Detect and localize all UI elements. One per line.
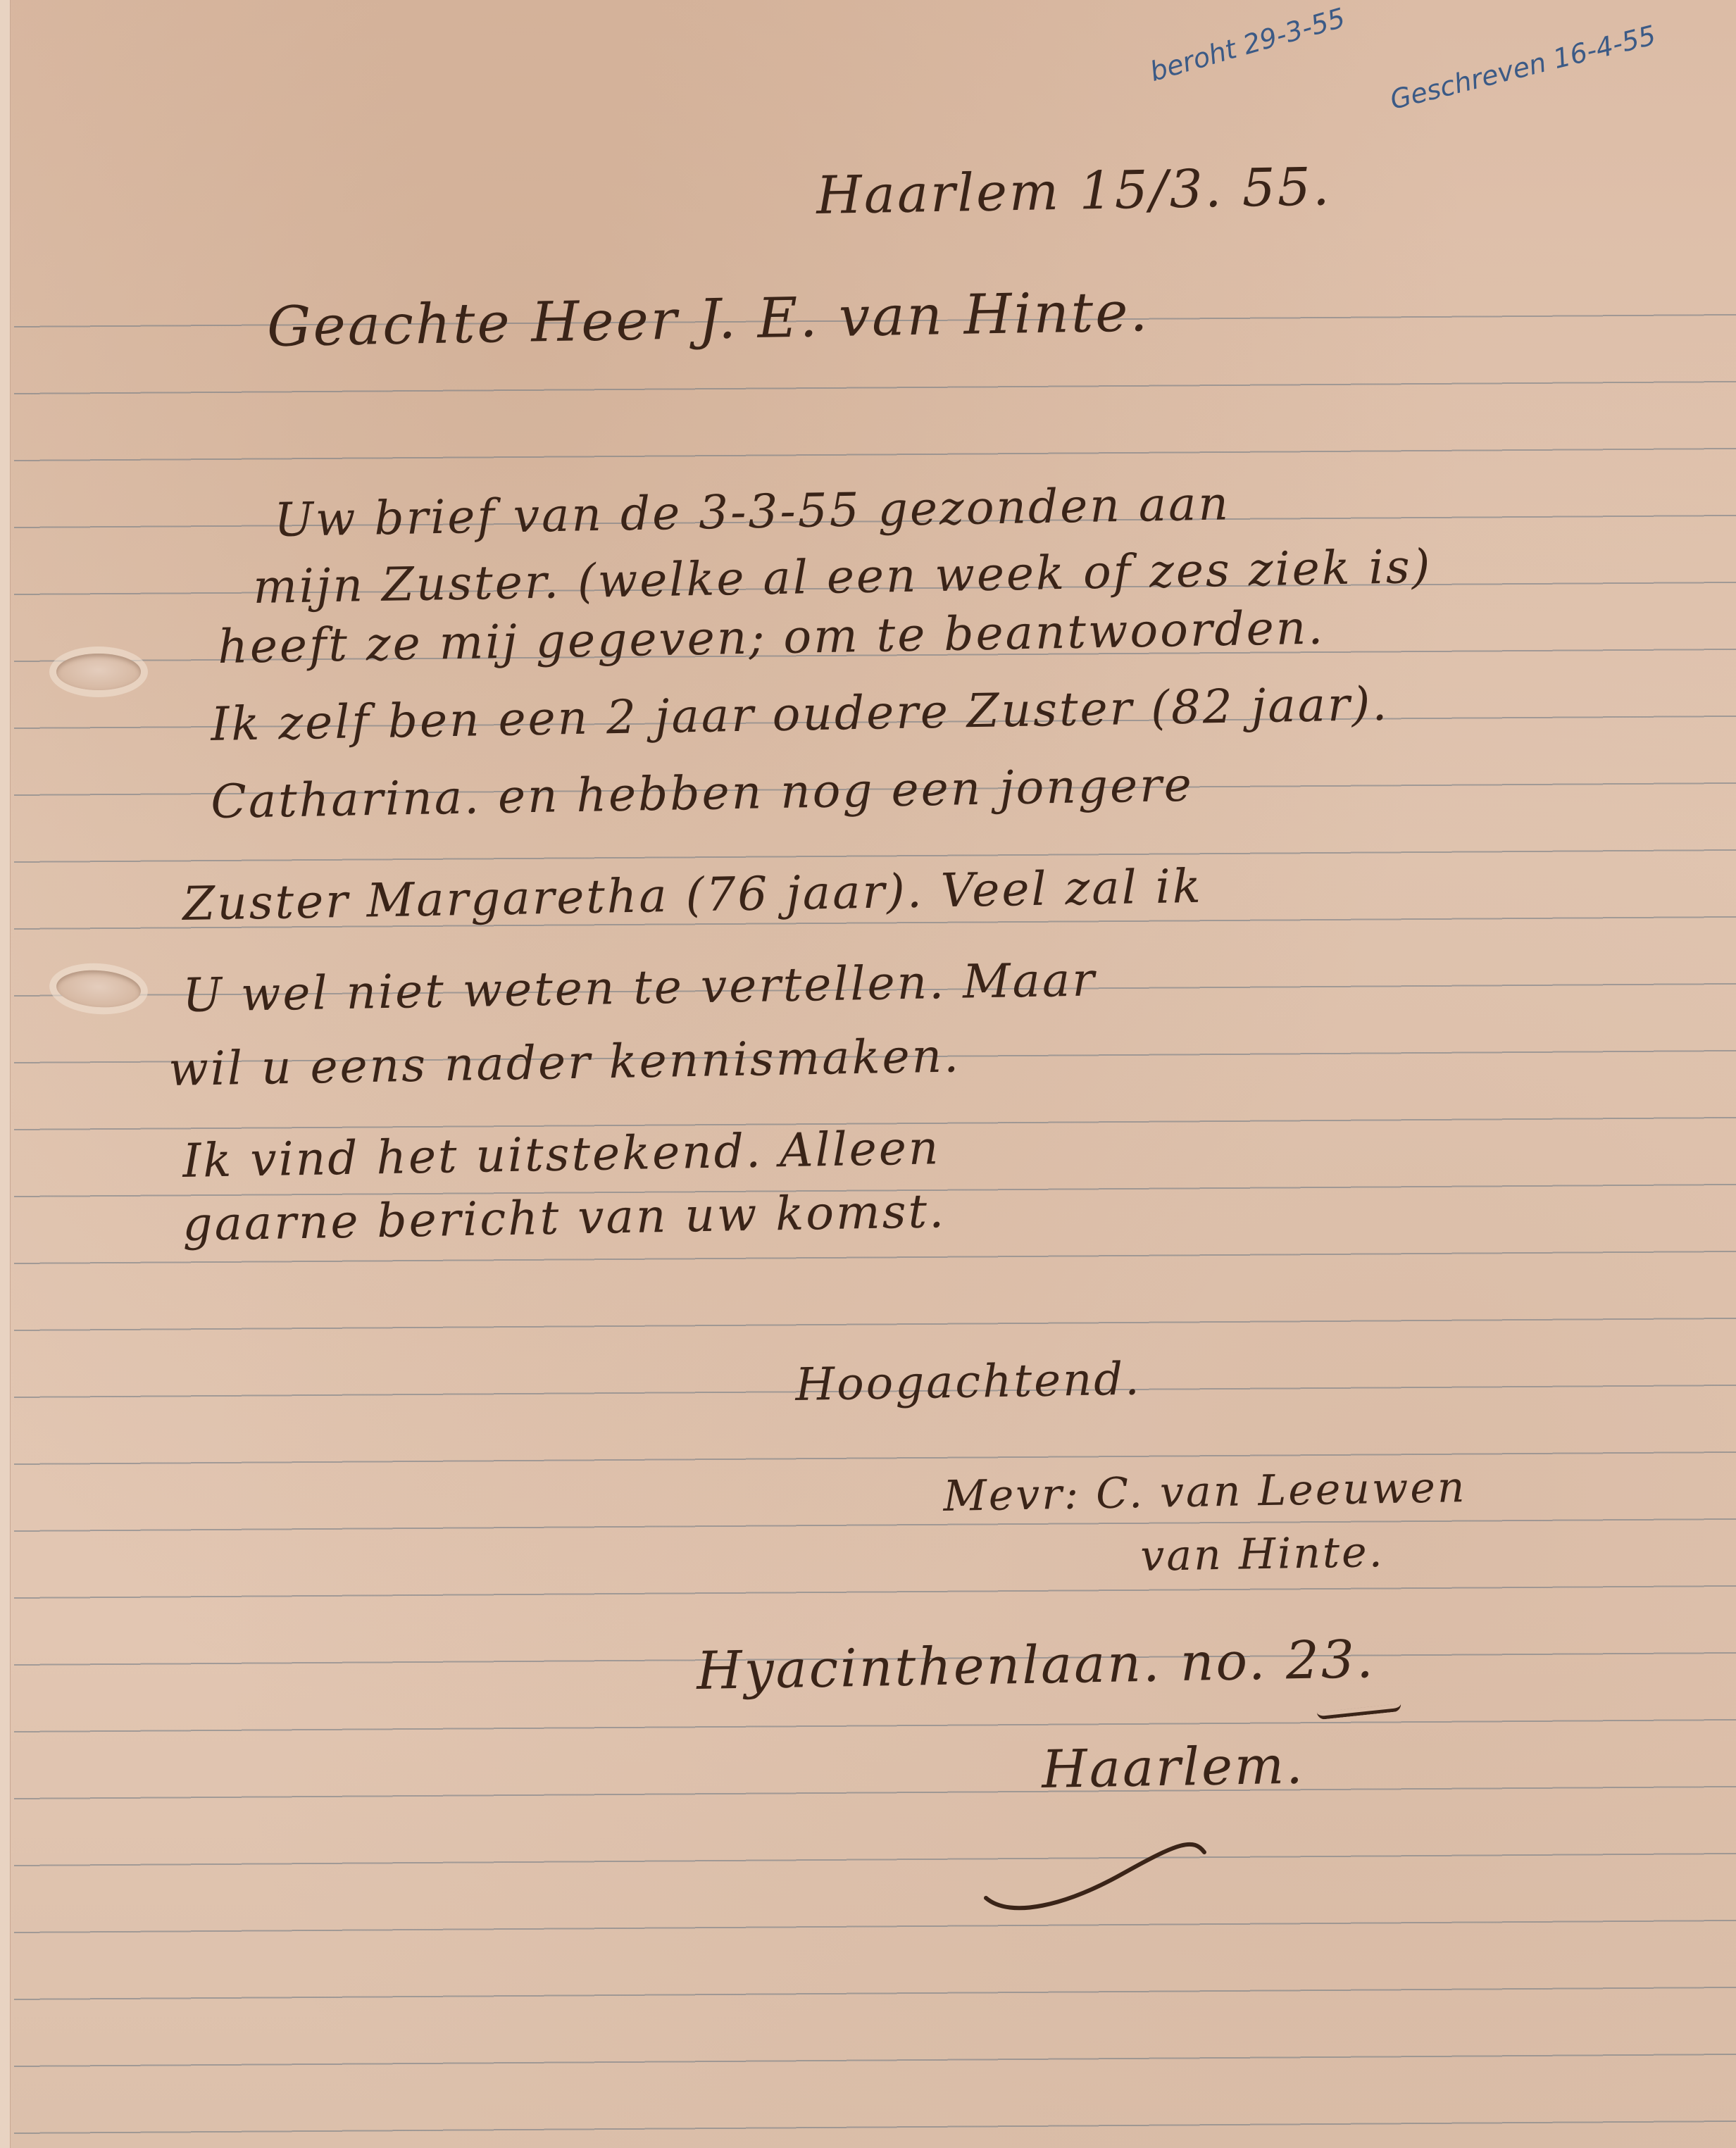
letter-page: beroht 29-3-55 Geschreven 16-4-55 Haarle… — [0, 0, 1736, 2148]
place-date: Haarlem 15/3. 55. — [816, 156, 1332, 226]
closing-flourish-icon — [982, 1831, 1208, 1916]
written-annotation: Geschreven 16-4-55 — [1387, 20, 1659, 115]
paper-left-edge — [0, 0, 11, 2148]
received-annotation: beroht 29-3-55 — [1147, 2, 1349, 87]
signature-line-2: van Hinte. — [1140, 1528, 1385, 1581]
punch-hole-top — [56, 654, 141, 690]
closing: Hoogachtend. — [795, 1353, 1142, 1411]
address-street: Hyacinthenlaan. no. 23. — [696, 1629, 1375, 1701]
signature-line-1: Mevr: C. van Leeuwen — [943, 1463, 1467, 1521]
address-city: Haarlem. — [1041, 1735, 1305, 1800]
